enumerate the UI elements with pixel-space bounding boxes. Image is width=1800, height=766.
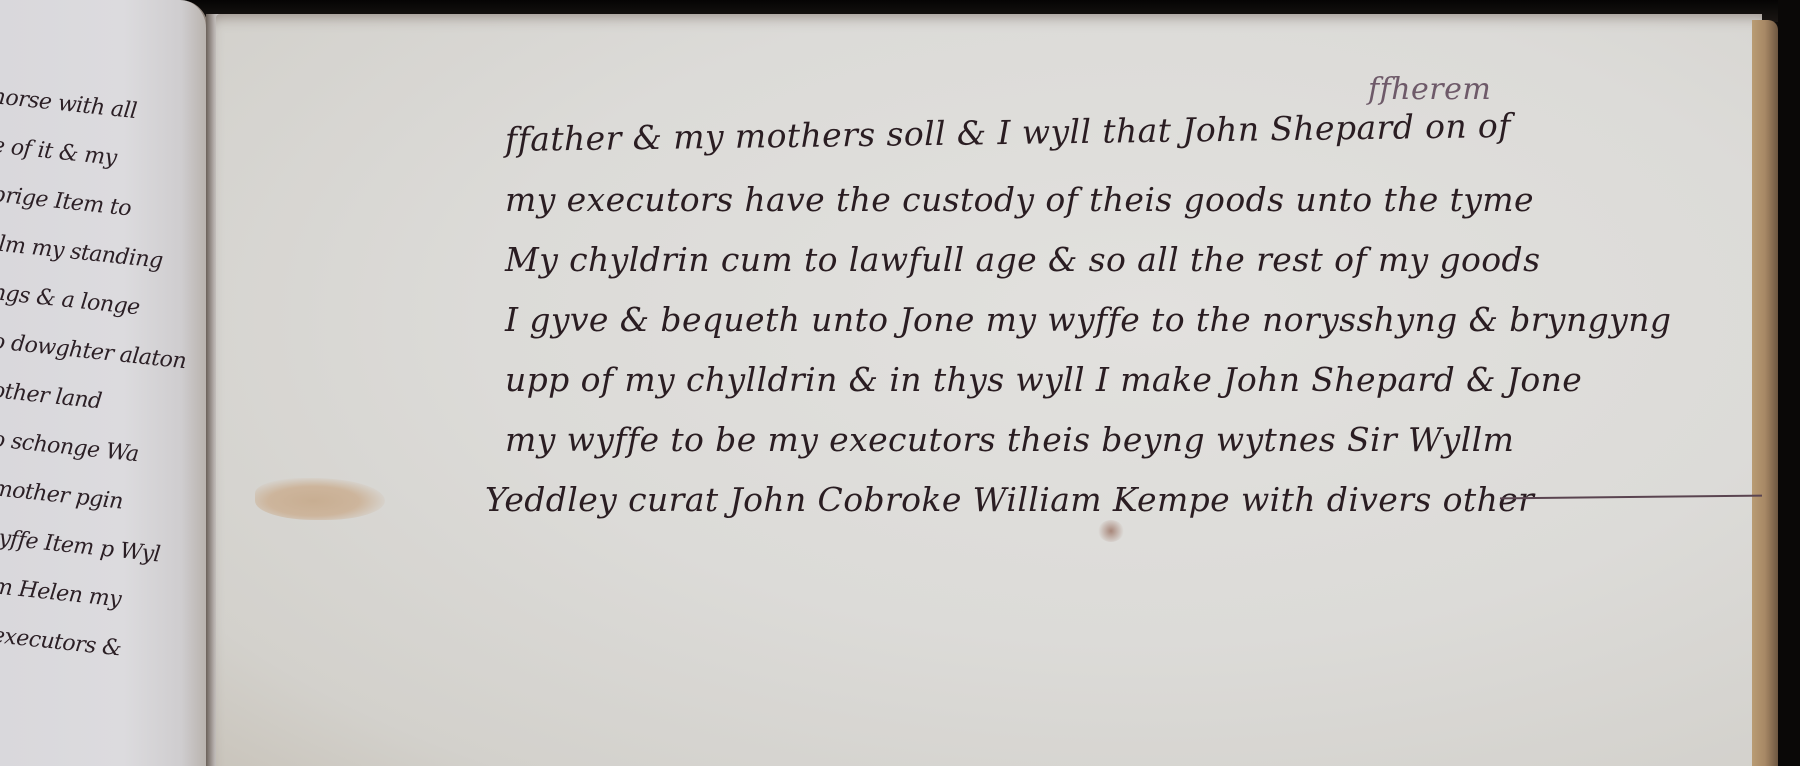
left-page: horse with all e of it & my brige Item t… bbox=[0, 0, 208, 766]
background-edge bbox=[1778, 0, 1800, 766]
manuscript-line: my executors have the custody of theis g… bbox=[505, 170, 1745, 230]
manuscript-line: My chyldrin cum to lawfull age & so all … bbox=[505, 230, 1745, 290]
will-text: ffather & my mothers soll & I wyll that … bbox=[505, 110, 1745, 530]
page-edge bbox=[1752, 20, 1778, 766]
manuscript-line: my wyffe to be my executors theis beyng … bbox=[505, 410, 1745, 470]
paper-stain bbox=[255, 478, 385, 520]
manuscript-photo: horse with all e of it & my brige Item t… bbox=[0, 0, 1800, 766]
left-page-text: horse with all e of it & my brige Item t… bbox=[0, 72, 207, 660]
manuscript-line: Yeddley curat John Cobroke William Kempe… bbox=[485, 470, 1745, 530]
manuscript-line: upp of my chylldrin & in thys wyll I mak… bbox=[505, 350, 1745, 410]
manuscript-line: I gyve & bequeth unto Jone my wyffe to t… bbox=[505, 290, 1745, 350]
